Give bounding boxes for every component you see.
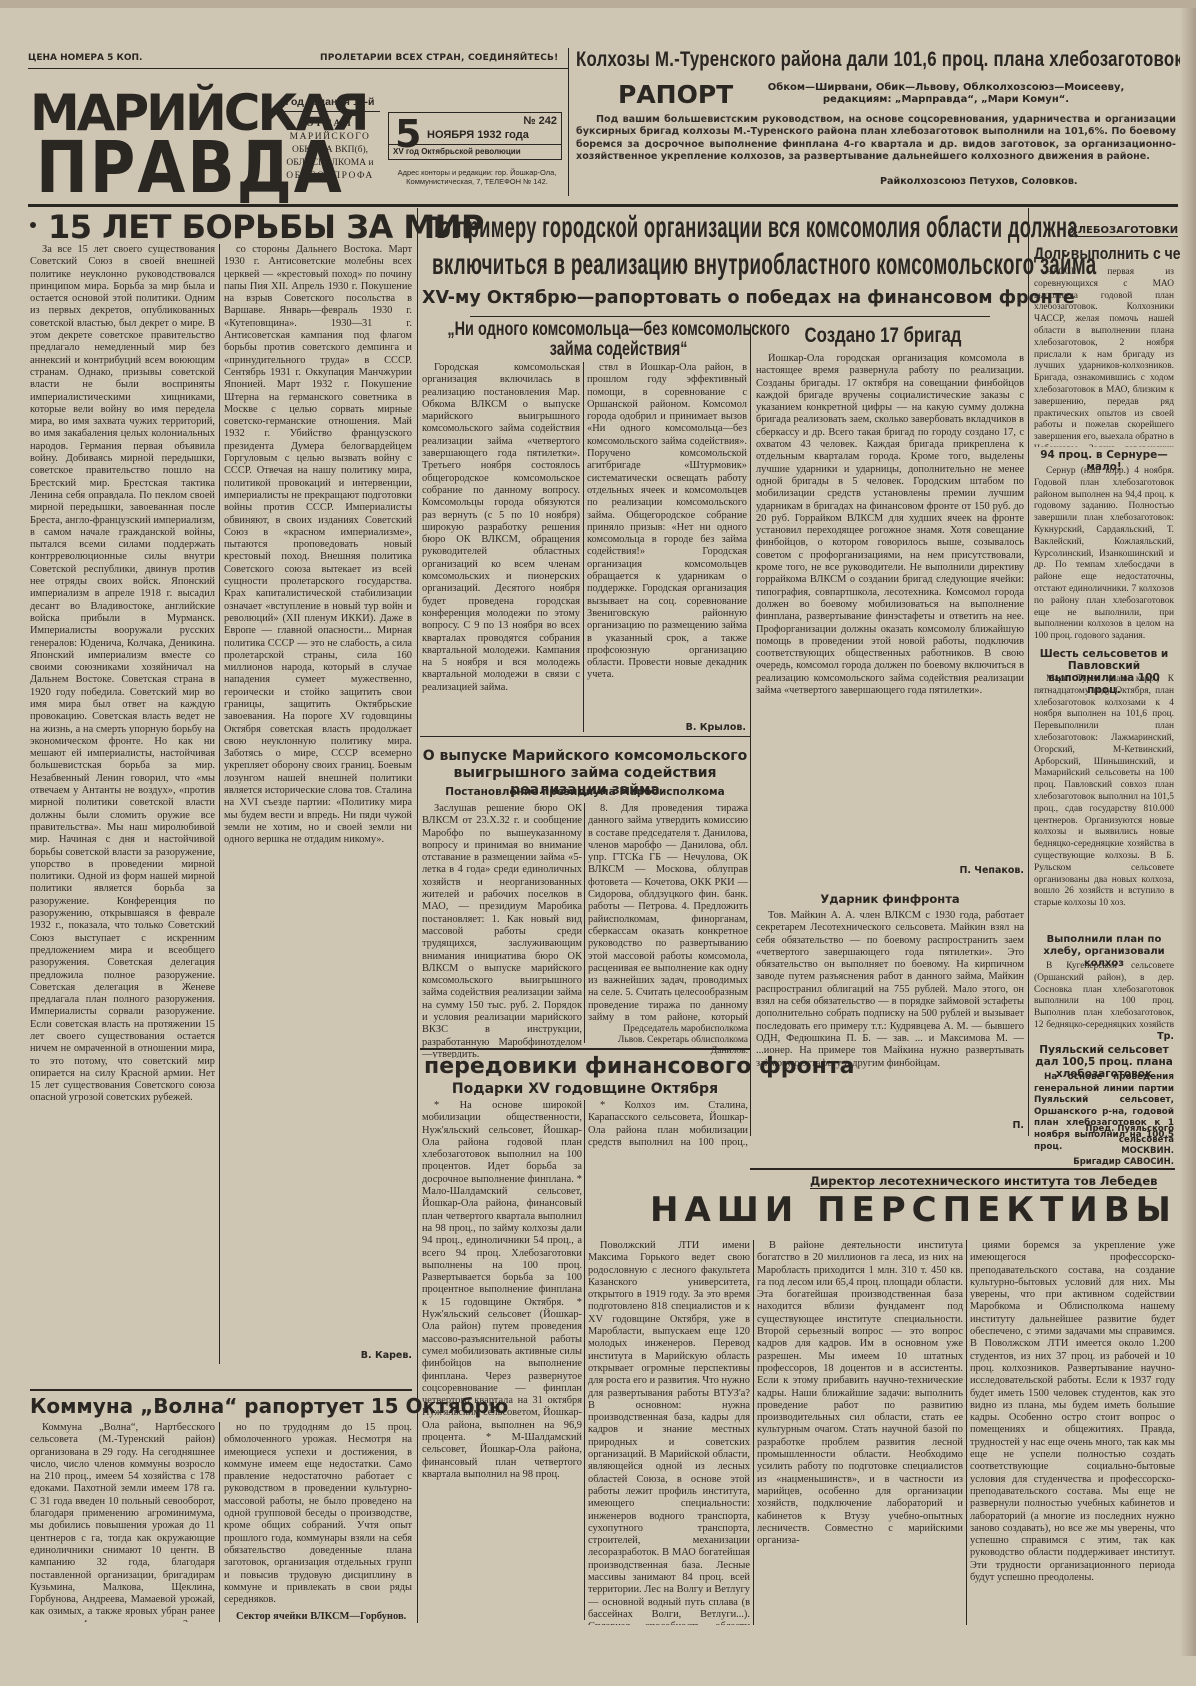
peace-text: со стороны Дальнего Востока. Март 1930 г… xyxy=(224,244,412,847)
hleb-sig4: Тр. xyxy=(1120,1031,1174,1042)
hleb-text: Мари Турек (наш корр.) К пятнадцатому го… xyxy=(1034,674,1174,910)
komsomol-subheadline: XV-му Октябрю—рапортовать о победах на ф… xyxy=(422,288,1075,308)
udarnik-signature: П. xyxy=(960,1120,1024,1131)
issue-number: № 242 xyxy=(523,115,557,127)
nashi-col3: циями боремся за укрепление уже имеющего… xyxy=(970,1240,1175,1625)
peredoviki-col2-top: * Колхоз им. Сталина, Карапасского сельс… xyxy=(588,1100,748,1150)
sozdano-text-block: Йошкар-Ола городская организация комсомо… xyxy=(756,353,1024,881)
komsomol-headline-line1: По примеру городской организации вся ком… xyxy=(426,211,1078,245)
address: Адрес конторы и редакции: гор. Йошкар-Ол… xyxy=(392,168,562,186)
bullet-dot-icon xyxy=(30,222,36,228)
peredoviki-col1: * На основе широкой мобилизации обществе… xyxy=(422,1100,582,1620)
peace-col2: со стороны Дальнего Востока. Март 1930 г… xyxy=(224,244,412,1344)
kommuna-signature: Сектор ячейки ВЛКСМ—Горбунов. xyxy=(236,1611,406,1622)
kommuna-col1: Коммуна „Волна“, Нартбесского сельсовета… xyxy=(30,1422,215,1622)
sozdano-signature: П. Чепаков. xyxy=(900,865,1024,876)
hleb-text: ЧАССР первая из соревнующихся с МАО выпо… xyxy=(1034,267,1174,447)
slogan: ПРОЛЕТАРИИ ВСЕХ СТРАН, СОЕДИНЯЙТЕСЬ! xyxy=(320,53,558,63)
top-report-headline: Колхозы М.-Туренского района дали 101,6 … xyxy=(576,48,1183,72)
nashi-col2: В районе деятельности института богатств… xyxy=(757,1240,963,1625)
nashi-col1: Поволжский ЛТИ имени Максима Горького ве… xyxy=(588,1240,750,1625)
price-label: ЦЕНА НОМЕРА 5 КОП. xyxy=(28,53,142,63)
hleb-text: В Кугенерском сельсовете (Оршанский райо… xyxy=(1034,961,1174,1031)
vypusk-col1: Заслушав решение бюро ОК ВЛКСМ от 23.X.3… xyxy=(422,803,582,1058)
top-report-label: РАПОРТ xyxy=(618,80,733,109)
organ-block: ОРГАН МАРИЙСКОГО ОБКОМА ВКП(б), ОБЛИСПОЛ… xyxy=(275,118,385,183)
bottom-margin xyxy=(0,1656,1196,1686)
hleb-text1: ЧАССР первая из соревнующихся с МАО выпо… xyxy=(1034,267,1174,447)
udarnik-text-block: Тов. Майкин А. А. член ВЛКСМ с 1930 года… xyxy=(756,910,1024,1132)
kommuna-col2: но по трудодням до 15 проц. обмолоченног… xyxy=(224,1422,412,1608)
newspaper-page: ЦЕНА НОМЕРА 5 КОП. ПРОЛЕТАРИИ ВСЕХ СТРАН… xyxy=(0,8,1196,1686)
hleb-text4: В Кугенерском сельсовете (Оршанский райо… xyxy=(1034,961,1174,1031)
vypusk-col2: 8. Для проведения тиража данного займа у… xyxy=(588,803,748,1025)
nashi-text: Поволжский ЛТИ имени Максима Горького ве… xyxy=(588,1240,750,1625)
komsomol-headline-line2: включиться в реализацию внутриобластного… xyxy=(432,248,1097,282)
peace-col1: За все 15 лет своего существования Совет… xyxy=(30,244,215,1378)
nashi-text: циями боремся за укрепление уже имеющего… xyxy=(970,1240,1175,1584)
peredoviki-headline: передовики финансового фронта xyxy=(424,1054,854,1079)
peace-text: За все 15 лет своего существования Совет… xyxy=(30,244,215,1105)
hleb-headline: Долг выполнить с честью xyxy=(1034,244,1196,264)
organ-line: ОРГАН xyxy=(275,118,385,131)
kommuna-text: но по трудодням до 15 проц. обмолоченног… xyxy=(224,1422,412,1606)
sozdano-headline: Создано 17 бригад xyxy=(755,324,1011,348)
organ-line: ОБЛИСПОЛКОМА и xyxy=(275,157,385,170)
peace-signature: В. Карев. xyxy=(300,1350,412,1361)
vypusk-signatures: Председатель маробисполкома Львов. Секре… xyxy=(600,1024,748,1057)
peredoviki-text: * На основе широкой мобилизации обществе… xyxy=(422,1100,582,1481)
nashi-text: В районе деятельности института богатств… xyxy=(757,1240,963,1547)
date-box: 5 № 242 НОЯБРЯ 1932 года XV год Октябрьс… xyxy=(388,112,562,160)
ni-odnogo-headline: „Ни одного комсомольца—без комсомольског… xyxy=(440,320,797,360)
year-of-issue: Год издания 10-й xyxy=(280,96,380,108)
ni-odnogo-text: Городская комсомольская организация вклю… xyxy=(422,362,580,694)
top-report-signature: Райколхозсоюз Петухов, Соловков. xyxy=(880,176,1078,187)
vypusk-subheadline: Постановление президиума Маробисполкома xyxy=(420,786,750,798)
revolution-year: XV год Октябрьской революции xyxy=(393,147,521,156)
hleb-text: Сернур (наш корр.) 4 ноября. Годовой пла… xyxy=(1034,466,1174,643)
organ-line: МАРИЙСКОГО xyxy=(275,131,385,144)
top-report-addressees: Обком—Ширвани, Обик—Львову, Облколхозсою… xyxy=(736,82,1156,106)
top-report-body: Под вашим большевистским руководством, н… xyxy=(576,114,1176,163)
date-month-year: НОЯБРЯ 1932 года xyxy=(427,129,529,141)
kommuna-text: Коммуна „Волна“, Нартбесского сельсовета… xyxy=(30,1422,215,1622)
kommuna-headline: Коммуна „Волна“ рапортует 15 Октябрю xyxy=(30,1394,412,1418)
ni-odnogo-col2: ствл в Йошкар-Ола район, в прошлом году … xyxy=(587,362,747,722)
page-edge xyxy=(1180,8,1196,1686)
nashi-kicker: Директор лесотехнического института тов … xyxy=(810,1174,1157,1189)
peace-headline: 15 ЛЕТ БОРЬБЫ ЗА МИР xyxy=(48,208,484,246)
vypusk-text: 8. Для проведения тиража данного займа у… xyxy=(588,803,748,1025)
peredoviki-subheadline: Подарки XV годовщине Октября xyxy=(420,1081,750,1097)
udarnik-text: Тов. Майкин А. А. член ВЛКСМ с 1930 года… xyxy=(756,910,1024,1070)
ni-odnogo-text: ствл в Йошкар-Ола район, в прошлом году … xyxy=(587,362,747,682)
udarnik-headline: Ударник финфронта xyxy=(756,892,1024,906)
signature-line: Пред. Пуяльского сельсовета xyxy=(1034,1124,1174,1146)
hleb-signatures: Пред. Пуяльского сельсовета МОСКВИН. Бри… xyxy=(1034,1124,1174,1168)
vypusk-text: Заслушав решение бюро ОК ВЛКСМ от 23.X.3… xyxy=(422,803,582,1058)
organ-line: ОБКОМА ВКП(б), xyxy=(275,144,385,157)
sozdano-text: Йошкар-Ола городская организация комсомо… xyxy=(756,353,1024,697)
hleb-text2: Сернур (наш корр.) 4 ноября. Годовой пла… xyxy=(1034,466,1174,646)
signature-line: Бригадир САВОСИН. xyxy=(1034,1157,1174,1168)
hleb-section-label: ХЛЕБОЗАГОТОВКИ xyxy=(1070,225,1178,237)
ni-odnogo-col1: Городская комсомольская организация вклю… xyxy=(422,362,580,750)
hleb-text3: Мари Турек (наш корр.) К пятнадцатому го… xyxy=(1034,674,1174,914)
organ-line: ОБЛСОВПРОФА xyxy=(275,170,385,183)
ni-odnogo-signature: В. Крылов. xyxy=(640,722,746,733)
nashi-headline: НАШИ ПЕРСПЕКТИВЫ xyxy=(650,1190,1177,1230)
signature-line: МОСКВИН. xyxy=(1034,1146,1174,1157)
peredoviki-text: * Колхоз им. Сталина, Карапасского сельс… xyxy=(588,1100,748,1150)
